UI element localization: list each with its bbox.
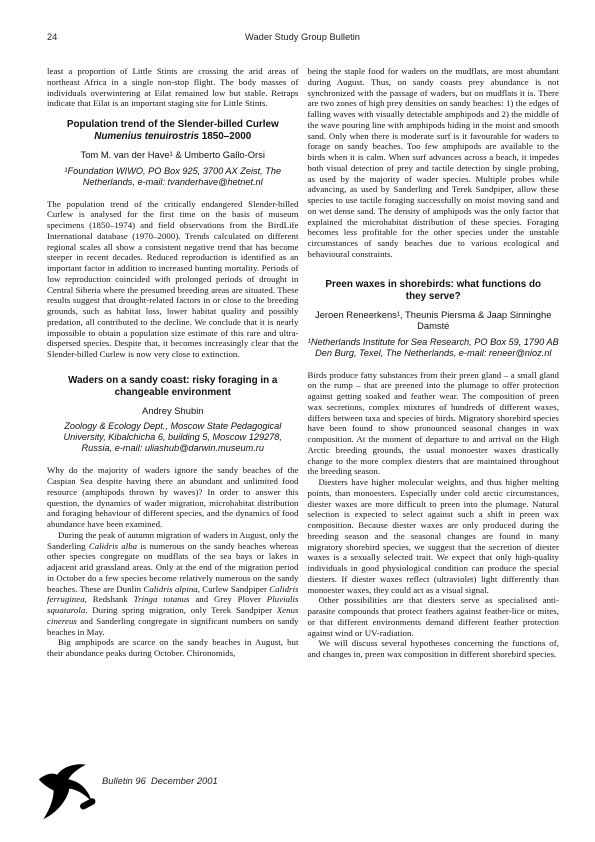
footer-issue-line: Bulletin 96 December 2001 xyxy=(102,775,218,786)
document-page: 24 Wader Study Group Bulletin least a pr… xyxy=(0,0,595,842)
paragraph: Birds produce fatty substances from thei… xyxy=(308,370,560,478)
right-column: being the staple food for waders on the … xyxy=(308,66,560,660)
running-header: 24 Wader Study Group Bulletin xyxy=(47,32,558,46)
paragraph: least a proportion of Little Stints are … xyxy=(47,66,299,109)
paragraph: being the staple food for waders on the … xyxy=(308,66,560,260)
abstract-affiliation: Zoology & Ecology Dept., Moscow State Pe… xyxy=(47,421,299,454)
paragraph: Big amphipods are scarce on the sandy be… xyxy=(47,637,299,659)
abstract-affiliation: ¹Netherlands Institute for Sea Research,… xyxy=(308,337,560,359)
abstract-curlew: Population trend of the Slender-billed C… xyxy=(47,119,299,360)
continuation-paragraph-right: being the staple food for waders on the … xyxy=(308,66,560,260)
paragraph: During the peak of autumn migration of w… xyxy=(47,530,299,638)
abstract-title: Waders on a sandy coast: risky foraging … xyxy=(55,375,291,399)
abstract-body: Birds produce fatty substances from thei… xyxy=(308,370,560,660)
continuation-paragraph-left: least a proportion of Little Stints are … xyxy=(47,66,299,109)
abstract-authors: Tom M. van der Have¹ & Umberto Gallo-Ors… xyxy=(51,149,295,161)
abstract-title: Population trend of the Slender-billed C… xyxy=(55,119,291,143)
abstract-body: Why do the majority of waders ignore the… xyxy=(47,465,299,659)
abstract-waders: Waders on a sandy coast: risky foraging … xyxy=(47,375,299,659)
abstract-title-line1: Population trend of the Slender-billed C… xyxy=(55,119,291,131)
paragraph: Why do the majority of waders ignore the… xyxy=(47,465,299,530)
flying-wader-icon xyxy=(26,760,120,832)
paragraph: Other possibilities are that diesters se… xyxy=(308,595,560,638)
abstract-preen-waxes: Preen waxes in shorebirds: what function… xyxy=(308,279,560,660)
left-column: least a proportion of Little Stints are … xyxy=(47,66,299,660)
abstract-affiliation: ¹Foundation WIWO, PO Box 925, 3700 AX Ze… xyxy=(47,166,299,188)
abstract-body: The population trend of the critically e… xyxy=(47,199,299,360)
paragraph: Diesters have higher molecular weights, … xyxy=(308,477,560,595)
paragraph: We will discuss several hypotheses conce… xyxy=(308,638,560,660)
abstract-title: Preen waxes in shorebirds: what function… xyxy=(316,279,552,303)
paragraph: The population trend of the critically e… xyxy=(47,199,299,360)
two-column-body: least a proportion of Little Stints are … xyxy=(47,66,559,660)
abstract-title-line2: Numenius tenuirostris 1850–2000 xyxy=(55,131,291,143)
abstract-authors: Jeroen Reneerkens¹, Theunis Piersma & Ja… xyxy=(312,309,556,332)
abstract-authors: Andrey Shubin xyxy=(51,405,295,417)
journal-title: Wader Study Group Bulletin xyxy=(47,32,558,42)
